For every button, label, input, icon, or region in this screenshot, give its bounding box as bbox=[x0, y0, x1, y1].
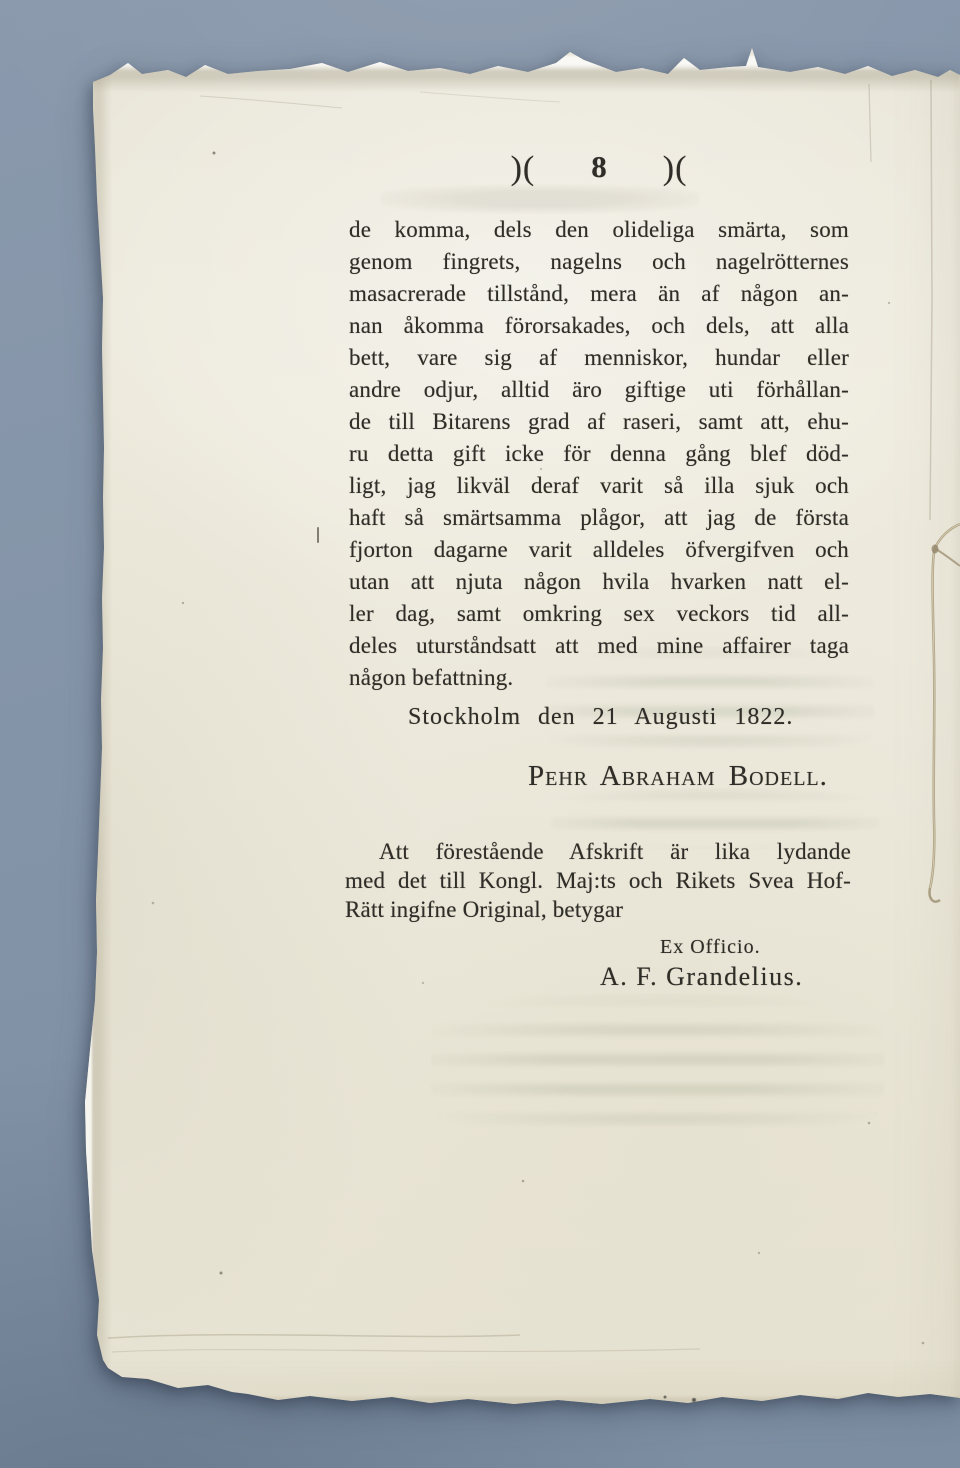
body-line: fjorton dagarne varit alldeles öfvergifv… bbox=[349, 534, 849, 566]
paper-sheet: )( 8 )( de komma, dels den olideliga smä… bbox=[0, 0, 960, 1468]
body-paragraph: de komma, dels den olideliga smärta, som… bbox=[349, 214, 849, 694]
attestation-line: med det till Kongl. Maj:ts och Rikets Sv… bbox=[345, 866, 851, 895]
paper-sheet-wrap: )( 8 )( de komma, dels den olideliga smä… bbox=[0, 0, 960, 1468]
body-line: ler dag, samt omkring sex veckors tid al… bbox=[349, 598, 849, 630]
attestation-line: Att förestående Afskrift är lika lydande bbox=[345, 837, 851, 866]
body-line: utan att njuta någon hvila hvarken natt … bbox=[349, 566, 849, 598]
body-line: andre odjur, alltid äro giftige uti förh… bbox=[349, 374, 849, 406]
ex-officio-note: Ex Officio. bbox=[660, 936, 761, 959]
attestation-paragraph: Att förestående Afskrift är lika lydande… bbox=[345, 837, 851, 924]
page-header: )( 8 )( bbox=[349, 146, 849, 192]
attestor-signature: A. F. Grandelius. bbox=[600, 962, 803, 992]
body-line: masacrerade tillstånd, mera än af någon … bbox=[349, 278, 849, 310]
header-right-bracket-mark: )( bbox=[663, 150, 688, 188]
header-left-bracket-mark: )( bbox=[511, 150, 536, 188]
body-line: ligt, jag likväl deraf varit så illa sju… bbox=[349, 470, 849, 502]
printed-text: )( 8 )( de komma, dels den olideliga smä… bbox=[0, 0, 960, 1468]
body-line: någon befattning. bbox=[349, 662, 849, 694]
body-line: nan åkomma förorsakades, och dels, att a… bbox=[349, 310, 849, 342]
body-line: haft så smärtsamma plågor, att jag de fö… bbox=[349, 502, 849, 534]
body-line: bett, vare sig af menniskor, hundar elle… bbox=[349, 342, 849, 374]
dateline: Stockholm den 21 Augusti 1822. bbox=[408, 704, 793, 731]
page-number: 8 bbox=[591, 149, 607, 185]
body-line: deles uturståndsatt att med mine affaire… bbox=[349, 630, 849, 662]
body-line: de komma, dels den olideliga smärta, som bbox=[349, 214, 849, 246]
attestation-line: Rätt ingifne Original, betygar bbox=[345, 895, 851, 924]
body-line: genom fingrets, nagelns och nagelröttern… bbox=[349, 246, 849, 278]
body-line: ru detta gift icke för denna gång blef d… bbox=[349, 438, 849, 470]
signature-name: Pehr Abraham Bodell. bbox=[528, 760, 828, 793]
scanned-document-photo: )( 8 )( de komma, dels den olideliga smä… bbox=[0, 0, 960, 1468]
body-line: de till Bitarens grad af raseri, samt at… bbox=[349, 406, 849, 438]
paper-specks bbox=[0, 0, 2, 2]
